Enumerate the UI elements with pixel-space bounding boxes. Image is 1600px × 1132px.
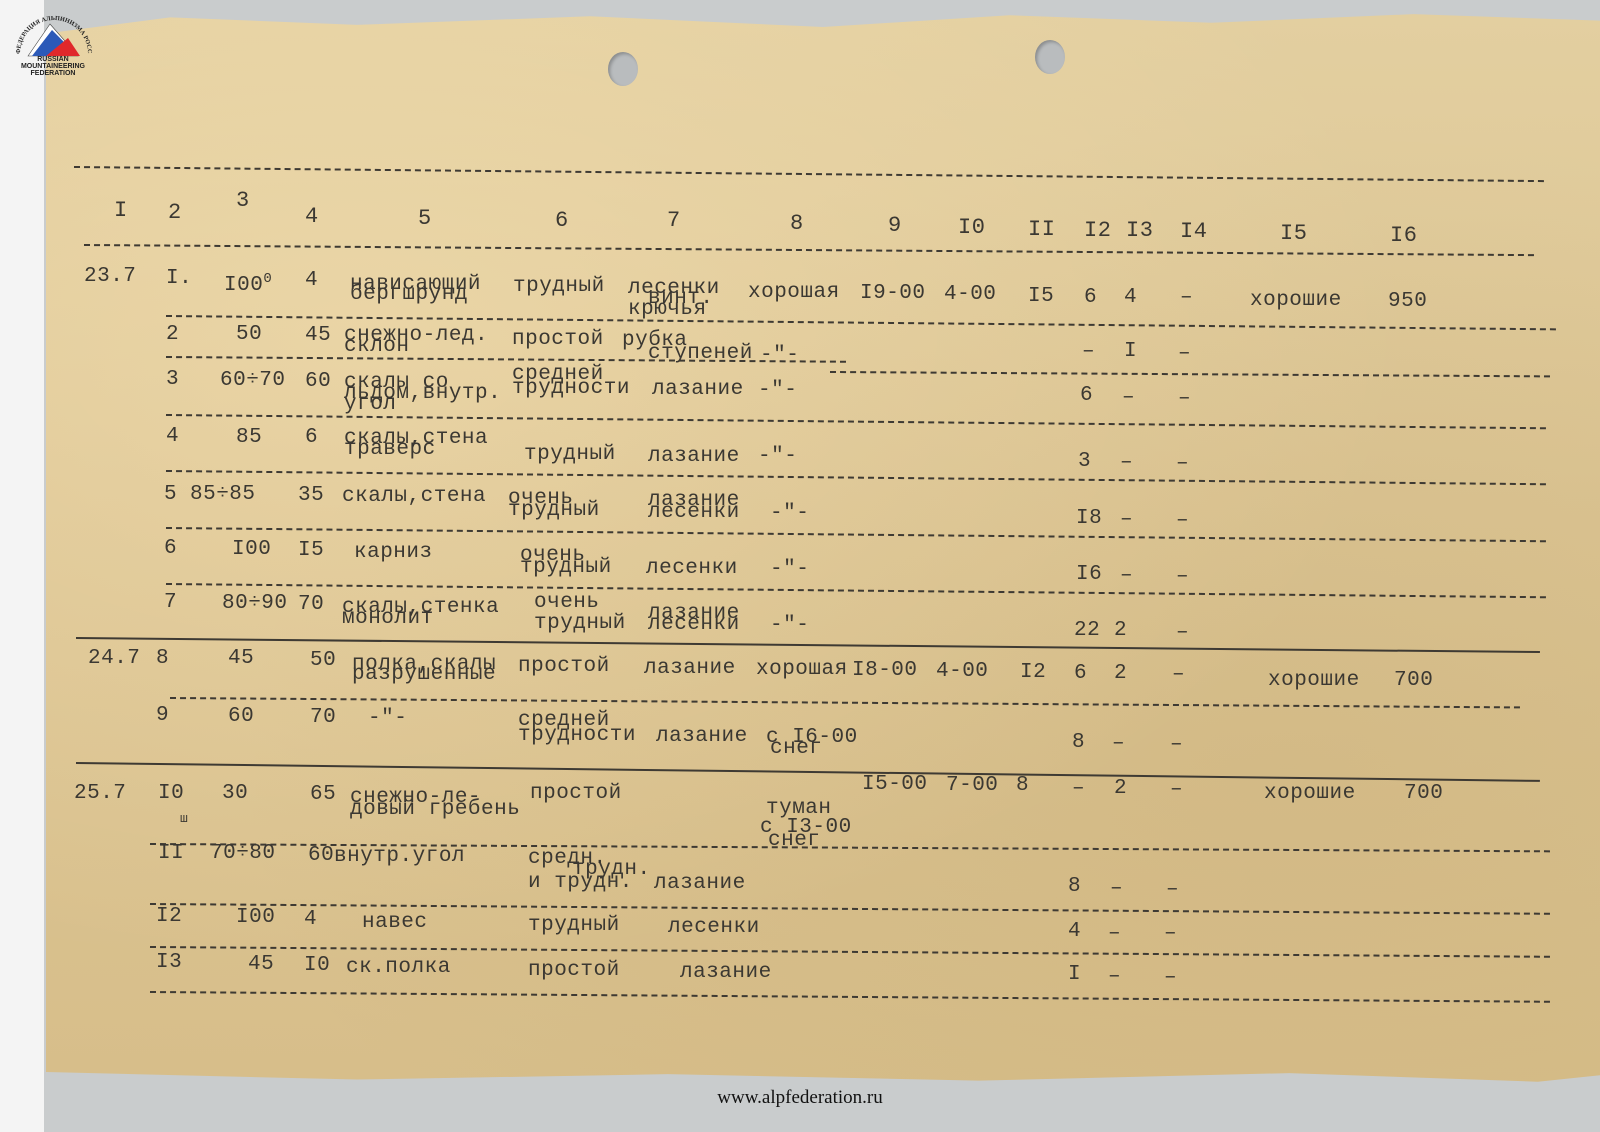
ditto-mark: -"- bbox=[770, 615, 809, 637]
column-header: 6 bbox=[555, 210, 569, 232]
section-angle: 30 bbox=[222, 783, 248, 805]
difficulty-text: трудный bbox=[534, 613, 626, 635]
column-header: I0 bbox=[958, 217, 985, 239]
day-date: 24.7 bbox=[88, 648, 140, 670]
logo-line: RUSSIAN bbox=[8, 56, 98, 63]
relief-text: монолит bbox=[342, 608, 434, 630]
col11-value: I2 bbox=[1020, 662, 1046, 684]
section-number: I0 bbox=[158, 783, 184, 805]
footer-url: www.alpfederation.ru bbox=[0, 1087, 1600, 1109]
method-text: ступеней bbox=[648, 343, 753, 365]
day-date: 25.7 bbox=[74, 783, 126, 805]
col11-value: 8 bbox=[1016, 775, 1029, 797]
col14-value: – bbox=[1176, 566, 1189, 588]
ditto-mark: -"- bbox=[758, 446, 797, 468]
column-header: 8 bbox=[790, 213, 804, 235]
section-angle: I000 bbox=[224, 268, 272, 297]
col14-value: – bbox=[1176, 453, 1189, 475]
section-number: I2 bbox=[156, 906, 182, 928]
section-length: 50 bbox=[310, 650, 336, 672]
section-number: I3 bbox=[156, 952, 182, 974]
method-text: лесенки bbox=[646, 558, 738, 580]
col12-value: I6 bbox=[1076, 564, 1102, 586]
difficulty-text: очень bbox=[534, 592, 600, 614]
col12-value: – bbox=[1072, 778, 1085, 800]
method-text: лесенки bbox=[648, 502, 740, 524]
section-angle: 70÷80 bbox=[210, 843, 276, 865]
ditto-mark: -"- bbox=[770, 503, 809, 525]
section-number: 6 bbox=[164, 538, 177, 560]
scan-margin bbox=[0, 0, 44, 1132]
section-length: 35 bbox=[298, 485, 324, 507]
col14-value: – bbox=[1180, 287, 1193, 309]
relief-text: ск.полка bbox=[346, 957, 451, 979]
section-angle: 85÷85 bbox=[190, 484, 256, 506]
col12-value: 8 bbox=[1068, 876, 1081, 898]
section-length: 4 bbox=[304, 909, 317, 931]
section-number: 8 bbox=[156, 648, 169, 670]
col13-value: – bbox=[1108, 966, 1121, 988]
section-mark: ш bbox=[180, 808, 188, 830]
col14-value: – bbox=[1170, 779, 1183, 801]
column-header: 3 bbox=[236, 190, 250, 212]
column-header: 7 bbox=[667, 210, 681, 232]
col14-value: – bbox=[1176, 622, 1189, 644]
section-number: I. bbox=[166, 268, 192, 290]
col13-value: – bbox=[1120, 565, 1133, 587]
col12-value: 6 bbox=[1084, 287, 1097, 309]
section-length: 45 bbox=[305, 325, 331, 347]
column-header: 9 bbox=[888, 215, 902, 237]
col13-value: I bbox=[1124, 341, 1137, 363]
col13-value: 2 bbox=[1114, 620, 1127, 642]
weather-text: хорошая bbox=[756, 659, 848, 681]
column-header: I6 bbox=[1390, 225, 1417, 247]
section-number: 7 bbox=[164, 592, 177, 614]
section-length: 70 bbox=[298, 594, 324, 616]
col13-value: 2 bbox=[1114, 663, 1127, 685]
weather-text: снег bbox=[768, 830, 820, 852]
section-angle: 60÷70 bbox=[220, 370, 286, 392]
section-length: 60 bbox=[308, 845, 334, 867]
col13-value: – bbox=[1122, 387, 1135, 409]
method-text: лесенки bbox=[648, 614, 740, 636]
punch-hole bbox=[1035, 40, 1065, 74]
col12-value: I8 bbox=[1076, 508, 1102, 530]
col14-value: – bbox=[1172, 664, 1185, 686]
column-header: I bbox=[114, 200, 128, 222]
weather-text: снег bbox=[770, 738, 822, 760]
difficulty-text: трудный bbox=[508, 500, 600, 522]
conditions-text: хорошие bbox=[1264, 783, 1356, 805]
method-text: лазание bbox=[656, 726, 748, 748]
section-length: 4 bbox=[305, 270, 318, 292]
col13-value: 4 bbox=[1124, 287, 1137, 309]
column-header: I4 bbox=[1180, 221, 1207, 243]
col13-value: – bbox=[1112, 733, 1125, 755]
relief-text: навес bbox=[362, 912, 428, 934]
col13-value: – bbox=[1120, 452, 1133, 474]
col12-value: 6 bbox=[1074, 663, 1087, 685]
section-number: 3 bbox=[166, 369, 179, 391]
difficulty-text: простой bbox=[530, 783, 622, 805]
col13-value: 2 bbox=[1114, 778, 1127, 800]
ditto-mark: -"- bbox=[368, 708, 407, 730]
col13-value: – bbox=[1110, 878, 1123, 900]
difficulty-text: трудн. bbox=[572, 859, 651, 881]
relief-text: скалы,стена bbox=[342, 486, 486, 508]
difficulty-text: трудный bbox=[524, 444, 616, 466]
start-time: I9-00 bbox=[860, 283, 926, 305]
section-number: 9 bbox=[156, 705, 169, 727]
method-text: лазание bbox=[652, 379, 744, 401]
difficulty-text: трудности bbox=[518, 725, 636, 747]
relief-text: траверс bbox=[344, 439, 436, 461]
logo-line: MOUNTAINEERING bbox=[8, 63, 98, 70]
conditions-text: хорошие bbox=[1250, 290, 1342, 312]
method-text: крючья bbox=[628, 299, 707, 321]
section-angle: 45 bbox=[248, 954, 274, 976]
col14-value: – bbox=[1166, 879, 1179, 901]
section-angle: 85 bbox=[236, 427, 262, 449]
col12-value: 3 bbox=[1078, 451, 1091, 473]
ditto-mark: -"- bbox=[758, 380, 797, 402]
relief-text: угол bbox=[344, 394, 396, 416]
punch-hole bbox=[608, 52, 638, 86]
ditto-mark: -"- bbox=[760, 345, 799, 367]
altitude-value: 700 bbox=[1394, 670, 1433, 692]
col11-value: I5 bbox=[1028, 286, 1054, 308]
start-time: I8-00 bbox=[852, 660, 918, 682]
start-time: I5-00 bbox=[862, 774, 928, 796]
section-angle: 60 bbox=[228, 706, 254, 728]
method-text: лесенки bbox=[668, 917, 760, 939]
col14-value: – bbox=[1164, 923, 1177, 945]
relief-text: склон bbox=[344, 336, 410, 358]
col12-value: 6 bbox=[1080, 385, 1093, 407]
altitude-value: 950 bbox=[1388, 291, 1427, 313]
col12-value: I bbox=[1068, 964, 1081, 986]
section-angle: I00 bbox=[232, 539, 271, 561]
difficulty-text: простой bbox=[528, 960, 620, 982]
col13-value: – bbox=[1120, 509, 1133, 531]
section-number: 4 bbox=[166, 426, 179, 448]
section-angle: 50 bbox=[236, 324, 262, 346]
difficulty-text: простой bbox=[512, 329, 604, 351]
col12-value: – bbox=[1082, 341, 1095, 363]
method-text: лазание bbox=[648, 446, 740, 468]
section-angle: I00 bbox=[236, 907, 275, 929]
column-header: II bbox=[1028, 219, 1055, 241]
hours-value: 4-00 bbox=[936, 661, 988, 683]
day-date: 23.7 bbox=[84, 266, 136, 288]
column-header: I2 bbox=[1084, 220, 1111, 242]
relief-text: бергшрунд bbox=[350, 284, 468, 306]
col14-value: – bbox=[1164, 967, 1177, 989]
section-length: I5 bbox=[298, 540, 324, 562]
col14-value: – bbox=[1178, 388, 1191, 410]
col12-value: 8 bbox=[1072, 732, 1085, 754]
col14-value: – bbox=[1178, 343, 1191, 365]
method-text: лазание bbox=[654, 873, 746, 895]
relief-text: внутр.угол bbox=[334, 846, 465, 868]
col12-value: 22 bbox=[1074, 620, 1100, 642]
section-length: 70 bbox=[310, 707, 336, 729]
column-header: 5 bbox=[418, 208, 432, 230]
section-number: 2 bbox=[166, 324, 179, 346]
relief-text: довый гребень bbox=[350, 799, 520, 821]
hours-value: 7-00 bbox=[946, 775, 998, 797]
logo-caption: RUSSIAN MOUNTAINEERING FEDERATION bbox=[8, 56, 98, 77]
altitude-value: 700 bbox=[1404, 783, 1443, 805]
relief-text: карниз bbox=[354, 542, 433, 564]
section-number: 5 bbox=[164, 484, 177, 506]
section-length: 65 bbox=[310, 784, 336, 806]
difficulty-text: трудный bbox=[513, 276, 605, 298]
column-header: I5 bbox=[1280, 223, 1307, 245]
difficulty-text: трудный bbox=[528, 915, 620, 937]
conditions-text: хорошие bbox=[1268, 670, 1360, 692]
column-header: I3 bbox=[1126, 220, 1153, 242]
weather-text: хорошая bbox=[748, 282, 840, 304]
col12-value: 4 bbox=[1068, 921, 1081, 943]
section-length: I0 bbox=[304, 955, 330, 977]
ditto-mark: -"- bbox=[770, 559, 809, 581]
section-length: 60 bbox=[305, 371, 331, 393]
column-header: 4 bbox=[305, 206, 319, 228]
col14-value: – bbox=[1176, 510, 1189, 532]
col13-value: – bbox=[1108, 923, 1121, 945]
logo-line: FEDERATION bbox=[8, 70, 98, 77]
difficulty-text: трудный bbox=[520, 557, 612, 579]
difficulty-text: простой bbox=[518, 656, 610, 678]
column-header: 2 bbox=[168, 202, 182, 224]
section-angle: 80÷90 bbox=[222, 593, 288, 615]
difficulty-text: трудности bbox=[512, 378, 630, 400]
method-text: лазание bbox=[680, 962, 772, 984]
section-number: II bbox=[158, 843, 184, 865]
hours-value: 4-00 bbox=[944, 284, 996, 306]
relief-text: разрушенные bbox=[352, 664, 496, 686]
section-angle: 45 bbox=[228, 648, 254, 670]
col14-value: – bbox=[1170, 734, 1183, 756]
section-length: 6 bbox=[305, 427, 318, 449]
method-text: лазание bbox=[644, 658, 736, 680]
